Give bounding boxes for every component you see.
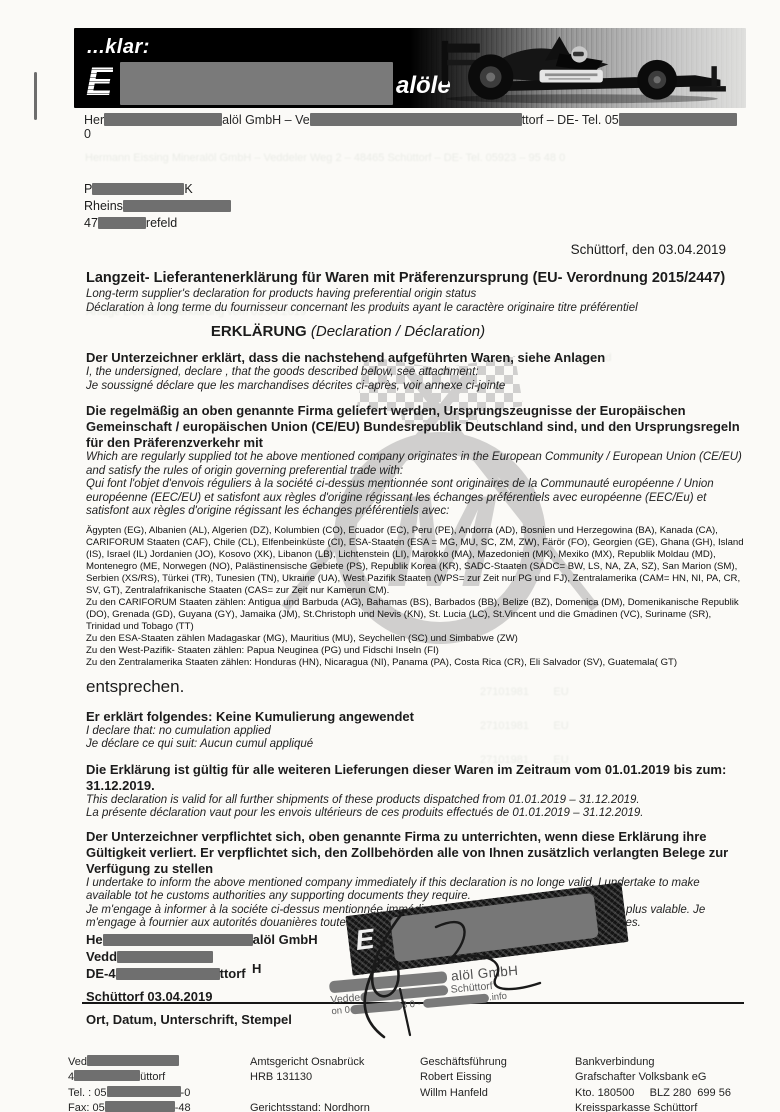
validity-block: Die Erklärung ist gültig für alle weiter… <box>86 762 744 821</box>
redaction <box>120 62 393 105</box>
cumulation-en: I declare that: no cumulation applied <box>86 725 744 739</box>
footer-line: Tel. : 05-0 <box>68 1086 250 1102</box>
footer-line: Geschäftsführung <box>420 1055 575 1071</box>
redaction <box>123 200 231 212</box>
footer-line: Fax: 05-48 <box>68 1101 250 1112</box>
declaration1-fr: Je soussigné déclare que les marchandise… <box>86 380 744 394</box>
footer-line: Robert Eissing <box>420 1070 575 1086</box>
redaction <box>310 113 522 126</box>
address-fragment: 0 <box>84 127 91 141</box>
footer-fragment: üttorf <box>140 1071 165 1083</box>
document-title-block: Langzeit- Lieferantenerklärung für Waren… <box>86 269 744 315</box>
validity-en: This declaration is valid for all furthe… <box>86 794 744 808</box>
redaction <box>103 934 253 946</box>
document-title-fr: Déclaration à long terme du fournisseur … <box>86 301 744 315</box>
redaction <box>107 1086 181 1097</box>
erklaerung-heading: ERKLÄRUNG (Declaration / Déclaration) <box>68 323 628 340</box>
cumulation-de: Er erklärt folgendes: Keine Kumulierung … <box>86 709 744 725</box>
footer-fragment: Fax: 05 <box>68 1102 105 1112</box>
address-fragment: Her <box>84 113 104 127</box>
scanned-document-page: Hermann Eissing Mineralöl GmbH – Veddele… <box>0 0 780 1112</box>
signature-caption: Ort, Datum, Unterschrift, Stempel <box>86 1012 292 1027</box>
redaction <box>116 968 220 980</box>
footer-line: 4üttorf <box>68 1070 250 1086</box>
footer-address-column: Ved 4üttorf Tel. : 05-0 Fax: 05-48 <box>68 1055 250 1112</box>
footer-line: Kto. 180500 BLZ 280 699 56 <box>575 1086 744 1102</box>
declaration2-fr: Qui font l'objet d'envois réguliers à la… <box>86 478 744 519</box>
country-list-zentralamerika: Zu den Zentralamerika Staaten zählen: Ho… <box>86 657 744 669</box>
country-list-cariforum: Zu den CARIFORUM Staaten zählen: Antigua… <box>86 597 744 633</box>
signature-fragment: ttorf <box>220 966 246 981</box>
footer-registry-column: Amtsgericht Osnabrück HRB 131130 Gericht… <box>250 1055 420 1112</box>
redaction <box>105 1101 175 1112</box>
footer-line: Ved <box>68 1055 250 1071</box>
country-list-main: Ägypten (EG), Albanien (AL), Algerien (D… <box>86 525 744 597</box>
redaction <box>87 1055 179 1066</box>
footer: Ved 4üttorf Tel. : 05-0 Fax: 05-48 Amtsg… <box>68 1055 744 1112</box>
recipient-fragment: refeld <box>146 216 177 230</box>
declaration-paragraph-2: Die regelmäßig an oben genannte Firma ge… <box>86 403 744 519</box>
validity-fr: La présente déclaration vaut pour les en… <box>86 807 744 821</box>
recipient-street: Rheins <box>84 198 744 215</box>
validity-de: Die Erklärung ist gültig für alle weiter… <box>86 762 744 794</box>
footer-bank-column: Bankverbindung Grafschafter Volksbank eG… <box>575 1055 744 1112</box>
redaction <box>104 113 222 126</box>
fold-mark <box>34 72 37 120</box>
recipient-fragment: K <box>184 182 192 196</box>
f1-car-image <box>408 30 738 106</box>
footer-line: Grafschafter Volksbank eG <box>575 1070 744 1086</box>
footer-fragment: Ved <box>68 1056 87 1068</box>
country-list-westpazifik: Zu den West-Pazifik- Staaten zählen: Pap… <box>86 645 744 657</box>
undertaking-de: Der Unterzeichner verpflichtet sich, obe… <box>86 829 744 877</box>
declaration1-en: I, the undersigned, declare , that the g… <box>86 366 744 380</box>
footer-line: Amtsgericht Osnabrück <box>250 1055 420 1071</box>
country-list-esa: Zu den ESA-Staaten zählen Madagaskar (MG… <box>86 633 744 645</box>
signature-fragment: He <box>86 932 103 947</box>
signature-fragment: Vedd <box>86 949 117 964</box>
redaction <box>619 113 737 126</box>
stamp-overlapped-text: H <box>252 961 261 976</box>
address-fragment: alöl GmbH – Ve <box>222 113 310 127</box>
footer-fragment: -48 <box>175 1102 191 1112</box>
signature-fragment: alöl GmbH <box>253 932 318 947</box>
signature-section: Healöl GmbH Vedd DE-4ttorf Schüttorf 03.… <box>86 931 744 1027</box>
declaration2-en: Which are regularly supplied tot he abov… <box>86 451 744 478</box>
recipient-name: PK <box>84 181 744 198</box>
footer-fragment: Tel. : 05 <box>68 1087 107 1099</box>
footer-line: Kreissparkasse Schüttorf <box>575 1101 744 1112</box>
document-title: Langzeit- Lieferantenerklärung für Waren… <box>86 269 744 287</box>
declaration1-de: Der Unterzeichner erklärt, dass die nach… <box>86 350 744 366</box>
footer-management-column: Geschäftsführung Robert Eissing Willm Ha… <box>420 1055 575 1112</box>
handwritten-signature <box>316 903 646 1043</box>
footer-line: Willm Hanfeld <box>420 1086 575 1102</box>
footer-spacer <box>250 1086 420 1102</box>
letterhead-banner: ...klar: E alöle <box>74 28 746 108</box>
footer-line: HRB 131130 <box>250 1070 420 1086</box>
declaration-paragraph-1: Der Unterzeichner erklärt, dass die nach… <box>86 350 744 393</box>
redaction <box>98 217 146 229</box>
redaction <box>74 1070 140 1081</box>
header-address-line: Heralöl GmbH – Vettorf – DE- Tel. 05 0 <box>84 113 744 141</box>
cumulation-block: Er erklärt folgendes: Keine Kumulierung … <box>86 709 744 752</box>
place-date-line: Schüttorf, den 03.04.2019 <box>68 242 744 257</box>
entsprechen-line: entsprechen. <box>86 677 744 697</box>
cumulation-fr: Je déclare ce qui suit: Aucun cumul appl… <box>86 738 744 752</box>
erklaerung-translation: (Declaration / Déclaration) <box>307 323 485 340</box>
redaction <box>117 951 213 963</box>
signature-fragment: DE-4 <box>86 966 116 981</box>
address-fragment: ttorf – DE- Tel. 05 <box>522 113 619 127</box>
document-title-en: Long-term supplier's declaration for pro… <box>86 287 744 301</box>
declaration2-de: Die regelmäßig an oben genannte Firma ge… <box>86 403 744 451</box>
recipient-block: PK Rheins 47refeld <box>84 181 744 232</box>
footer-line: Bankverbindung <box>575 1055 744 1071</box>
recipient-fragment: Rheins <box>84 199 123 213</box>
brand-initial-letter: E <box>86 62 113 102</box>
recipient-fragment: 47 <box>84 216 98 230</box>
recipient-fragment: P <box>84 182 92 196</box>
redaction <box>92 183 184 195</box>
country-list: Ägypten (EG), Albanien (AL), Algerien (D… <box>86 525 744 669</box>
brand-tagline: ...klar: <box>87 36 150 59</box>
footer-line: Gerichtsstand: Nordhorn <box>250 1101 420 1112</box>
erklaerung-word: ERKLÄRUNG <box>211 323 307 340</box>
undertaking-en: I undertake to inform the above mentione… <box>86 877 744 904</box>
footer-fragment: -0 <box>181 1087 191 1099</box>
recipient-city: 47refeld <box>84 215 744 232</box>
